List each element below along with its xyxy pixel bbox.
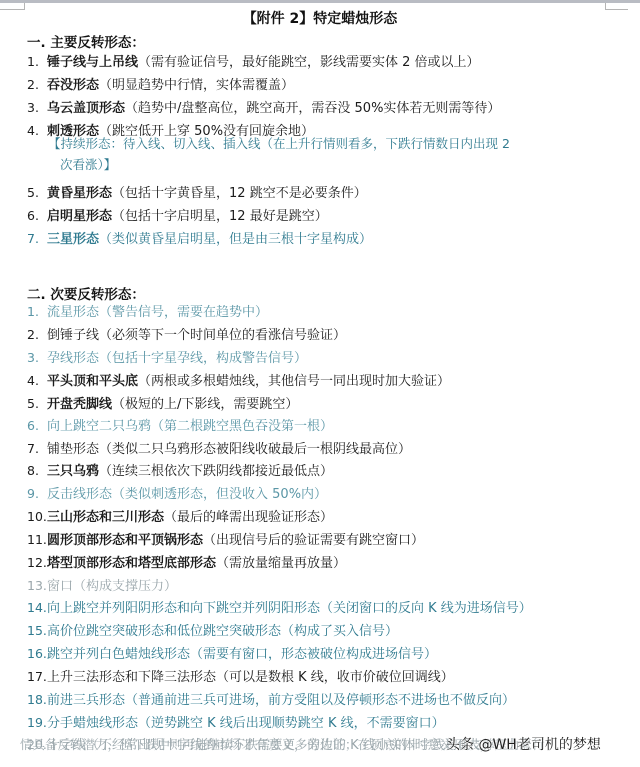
list-item-number: 18. (27, 690, 47, 710)
list-item-number: 4. (27, 121, 47, 141)
pattern-description: （关闭窗口的反向 K 线为进场信号） (320, 601, 532, 616)
pattern-description: （需要有窗口，形态被破位构成进场信号） (190, 647, 437, 662)
pattern-name: 三山形态和三川形态 (47, 510, 164, 525)
list-item-number: 1. (27, 302, 47, 322)
list-item-number: 19. (27, 713, 47, 733)
pattern-name: 塔型顶部形态和塔型底部形态 (47, 556, 216, 571)
list-item-number: 5. (27, 183, 47, 203)
pattern-description: （包括十字启明星，12 最好是跳空） (112, 209, 328, 224)
list-item: 2.倒锤子线（必须等下一个时间单位的看涨信号验证） (27, 325, 346, 346)
list-item: 3.孕线形态（包括十字星孕线，构成警告信号） (27, 348, 307, 369)
list-item: 1.锤子线与上吊线（需有验证信号，最好能跳空，影线需要实体 2 倍或以上） (27, 52, 480, 73)
pattern-name: 铺垫形态 (47, 442, 99, 457)
pattern-description: （需放量缩量再放量） (216, 556, 346, 571)
list-item-number: 6. (27, 206, 47, 226)
pattern-name: 锤子线与上吊线 (47, 55, 138, 70)
list-item: 19.分手蜡烛线形态（逆势跳空 K 线后出现顺势跳空 K 线，不需要窗口） (27, 713, 445, 734)
pattern-name: 高价位跳空突破形态和低位跳空突破形态 (47, 624, 281, 639)
list-item: 10.三山形态和三川形态（最后的峰需出现验证形态） (27, 507, 333, 528)
list-item: 3.乌云盖顶形态（趋势中/盘整高位，跳空高开，需吞没 50%实体若无则需等待） (27, 98, 500, 119)
pattern-description: （构成支撑压力） (73, 579, 177, 594)
list-item-number: 15. (27, 621, 47, 641)
list-item-number: 4. (27, 371, 47, 391)
section-2-heading: 二. 次要反转形态： (27, 283, 145, 303)
continuation-note-line2: 次看涨）】 (48, 154, 608, 175)
pattern-name: 乌云盖顶形态 (47, 101, 125, 116)
list-item: 4.平头顶和平头底（两根或多根蜡烛线，其他信号一同出现时加大验证） (27, 371, 450, 392)
list-item-number: 12. (27, 553, 47, 573)
pattern-description: （警告信号，需要在趋势中） (99, 305, 268, 320)
continuation-note: 【持续形态：待入线、切入线、插入线（在上升行情则看多，下跌行情数日内出现 2 次… (48, 133, 608, 175)
list-item: 17.上升三法形态和下降三法形态（可以是数根 K 线，收市价破位回调线） (27, 667, 454, 688)
pattern-name: 圆形顶部形态和平顶锅形态 (47, 533, 203, 548)
list-item: 15.高价位跳空突破形态和低位跳空突破形态（构成了买入信号） (27, 621, 398, 642)
pattern-name: 窗口 (47, 579, 73, 594)
pattern-description: （类似二只乌鸦形态被阳线收破最后一根阴线最高位） (99, 442, 411, 457)
pattern-name: 向上跳空二只乌鸦 (47, 419, 151, 434)
list-item-number: 8. (27, 461, 47, 481)
pattern-name: 三只乌鸦 (47, 464, 99, 479)
list-item: 6.向上跳空二只乌鸦（第二根跳空黑色吞没第一根） (27, 416, 333, 437)
pattern-description: （最后的峰需出现验证形态） (164, 510, 333, 525)
pattern-name: 倒锤子线 (47, 328, 99, 343)
document-title: 【附件 2】特定蜡烛形态 (0, 8, 640, 28)
pattern-description: （包括十字星孕线，构成警告信号） (99, 351, 307, 366)
list-item-number: 6. (27, 416, 47, 436)
list-item: 5.黄昏星形态（包括十字黄昏星，12 跳空不是必要条件） (27, 183, 367, 204)
pattern-description: （可以是数根 K 线，收市价破位回调线） (216, 670, 454, 685)
pattern-description: （出现信号后的验证需要有跳空窗口） (203, 533, 424, 548)
pattern-description: （明显趋势中行情，实体需覆盖） (99, 78, 294, 93)
pattern-name: 孕线形态 (47, 351, 99, 366)
list-item: 1.流星形态（警告信号，需要在趋势中） (27, 302, 268, 323)
pattern-name: 开盘秃脚线 (47, 397, 112, 412)
pattern-name: 吞没形态 (47, 78, 99, 93)
list-item: 2.吞没形态（明显趋势中行情，实体需覆盖） (27, 75, 294, 96)
watermark: 头条 @WH老司机的梦想 (446, 734, 601, 754)
list-item: 16.跳空并列白色蜡烛线形态（需要有窗口，形态被破位构成进场信号） (27, 644, 437, 665)
section-1-heading: 一. 主要反转形态： (27, 31, 145, 51)
list-item: 14.向上跳空并列阳阴形态和向下跳空并列阴阳形态（关闭窗口的反向 K 线为进场信… (27, 598, 532, 619)
pattern-name: 分手蜡烛线形态 (47, 716, 138, 731)
pattern-name: 流星形态 (47, 305, 99, 320)
list-item: 8.三只乌鸦（连续三根依次下跌阴线都接近最低点） (27, 461, 333, 482)
pattern-description: （逆势跳空 K 线后出现顺势跳空 K 线，不需要窗口） (138, 716, 445, 731)
list-item-number: 2. (27, 75, 47, 95)
pattern-name: 前进三兵形态 (47, 693, 125, 708)
list-item-number: 9. (27, 484, 47, 504)
list-item: 5.开盘秃脚线（极短的上/下影线，需要跳空） (27, 394, 298, 415)
pattern-name: 启明星形态 (47, 209, 112, 224)
list-item: 12.塔型顶部形态和塔型底部形态（需放量缩量再放量） (27, 553, 346, 574)
list-item-number: 17. (27, 667, 47, 687)
pattern-name: 黄昏星形态 (47, 186, 112, 201)
list-item-number: 3. (27, 98, 47, 118)
pattern-name: 反击线形态 (47, 487, 112, 502)
pattern-description: （普通前进三兵可进场，前方受阻以及停顿形态不进场也不做反向） (125, 693, 515, 708)
pattern-description: （第二根跳空黑色吞没第一根） (151, 419, 333, 434)
list-item-number: 3. (27, 348, 47, 368)
list-item: 6.启明星形态（包括十字启明星，12 最好是跳空） (27, 206, 328, 227)
pattern-description: （构成了买入信号） (281, 624, 398, 639)
pattern-description: （两根或多根蜡烛线，其他信号一同出现时加大验证） (138, 374, 450, 389)
list-item-number: 11. (27, 530, 47, 550)
pattern-description: （类似刺透形态，但没收入 50%内） (112, 487, 327, 502)
list-item: 11.圆形顶部形态和平顶锅形态（出现信号后的验证需要有跳空窗口） (27, 530, 424, 551)
window-top-bar (0, 0, 640, 3)
pattern-description: （趋势中/盘整高位，跳空高开，需吞没 50%实体若无则需等待） (125, 101, 500, 116)
continuation-note-line1: 【持续形态：待入线、切入线、插入线（在上升行情则看多，下跌行情数日内出现 2 (48, 136, 510, 151)
list-item: 7.三星形态（类似黄昏星启明星，但是由三根十字星构成） (27, 229, 372, 250)
list-item-number: 16. (27, 644, 47, 664)
pattern-name: 上升三法形态和下降三法形态 (47, 670, 216, 685)
list-item-number: 5. (27, 394, 47, 414)
list-item-number: 7. (27, 229, 47, 249)
list-item-number: 2. (27, 325, 47, 345)
pattern-description: （连续三根依次下跌阴线都接近最低点） (99, 464, 333, 479)
pattern-name: 平头顶和平头底 (47, 374, 138, 389)
list-item: 7.铺垫形态（类似二只乌鸦形态被阳线收破最后一根阴线最高位） (27, 439, 411, 460)
list-item: 13.窗口（构成支撑压力） (27, 576, 177, 597)
list-item: 9.反击线形态（类似刺透形态，但没收入 50%内） (27, 484, 327, 505)
pattern-name: 跳空并列白色蜡烛线形态 (47, 647, 190, 662)
list-item-number: 14. (27, 598, 47, 618)
pattern-description: （包括十字黄昏星，12 跳空不是必要条件） (112, 186, 367, 201)
pattern-description: （类似黄昏星启明星，但是由三根十字星构成） (99, 232, 372, 247)
pattern-description: （极短的上/下影线，需要跳空） (112, 397, 298, 412)
list-item-number: 1. (27, 52, 47, 72)
pattern-name: 向上跳空并列阳阴形态和向下跳空并列阴阳形态 (47, 601, 320, 616)
pattern-name: 三星形态 (47, 232, 99, 247)
pattern-description: （必须等下一个时间单位的看涨信号验证） (99, 328, 346, 343)
list-item-number: 10. (27, 507, 47, 527)
list-item-number: 7. (27, 439, 47, 459)
list-item: 18.前进三兵形态（普通前进三兵可进场，前方受阻以及停顿形态不进场也不做反向） (27, 690, 515, 711)
list-item-number: 13. (27, 576, 47, 596)
pattern-description: （需有验证信号，最好能跳空，影线需要实体 2 倍或以上） (138, 55, 480, 70)
